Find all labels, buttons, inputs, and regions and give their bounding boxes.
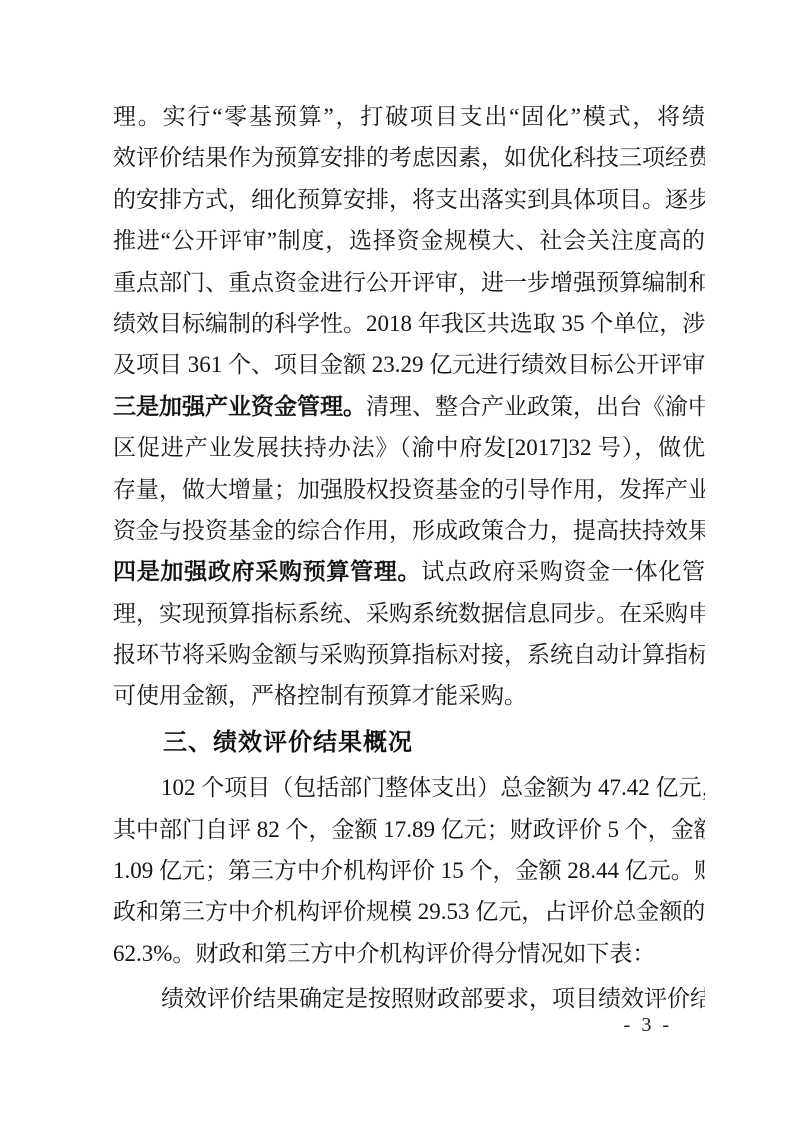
text-segment: 及项目 361 个、项目金额 23.29 亿元进行绩效目标公开评审。 bbox=[113, 352, 705, 377]
bold-text-segment: 四是加强政府采购预算管理。 bbox=[113, 559, 421, 584]
text-segment: 1.09 亿元；第三方中介机构评价 15 个，金额 28.44 亿元。财 bbox=[113, 858, 705, 883]
text-line: 绩效目标编制的科学性。2018 年我区共选取 35 个单位，涉 bbox=[113, 303, 705, 344]
text-line: 存量，做大增量；加强股权投资基金的引导作用，发挥产业 bbox=[113, 469, 705, 510]
text-line: 62.3%。财政和第三方中介机构评价得分情况如下表： bbox=[113, 933, 705, 974]
text-line: 102 个项目（包括部门整体支出）总金额为 47.42 亿元， bbox=[113, 767, 705, 808]
text-line: 及项目 361 个、项目金额 23.29 亿元进行绩效目标公开评审。 bbox=[113, 344, 705, 385]
paragraph-3: 绩效评价结果确定是按照财政部要求，项目绩效评价结 bbox=[113, 978, 705, 1019]
paragraph-2: 102 个项目（包括部门整体支出）总金额为 47.42 亿元， 其中部门自评 8… bbox=[113, 767, 705, 974]
text-segment: 绩效评价结果确定是按照财政部要求，项目绩效评价结 bbox=[161, 986, 705, 1011]
text-line: 区促进产业发展扶持办法》（渝中府发[2017]32 号），做优 bbox=[113, 427, 705, 468]
text-segment: 绩效目标编制的科学性。2018 年我区共选取 35 个单位，涉 bbox=[113, 311, 705, 336]
text-line: 的安排方式，细化预算安排，将支出落实到具体项目。逐步 bbox=[113, 179, 705, 220]
text-segment: 62.3%。财政和第三方中介机构评价得分情况如下表： bbox=[113, 941, 655, 966]
text-line: 效评价结果作为预算安排的考虑因素，如优化科技三项经费 bbox=[113, 137, 705, 178]
text-line: 其中部门自评 82 个，金额 17.89 亿元；财政评价 5 个，金额 bbox=[113, 809, 705, 850]
text-line: 可使用金额，严格控制有预算才能采购。 bbox=[113, 675, 705, 716]
text-line: 重点部门、重点资金进行公开评审，进一步增强预算编制和 bbox=[113, 262, 705, 303]
text-segment: 清理、整合产业政策，出台《渝中 bbox=[366, 394, 705, 419]
text-segment: 其中部门自评 82 个，金额 17.89 亿元；财政评价 5 个，金额 bbox=[113, 817, 705, 842]
text-line: 四是加强政府采购预算管理。试点政府采购资金一体化管 bbox=[113, 551, 705, 592]
text-segment: 区促进产业发展扶持办法》（渝中府发[2017]32 号），做优 bbox=[113, 435, 705, 460]
text-segment: 报环节将采购金额与采购预算指标对接，系统自动计算指标 bbox=[113, 642, 705, 667]
text-segment: 存量，做大增量；加强股权投资基金的引导作用，发挥产业 bbox=[113, 477, 705, 502]
text-segment: 重点部门、重点资金进行公开评审，进一步增强预算编制和 bbox=[113, 270, 705, 295]
text-line: 推进“公开评审”制度，选择资金规模大、社会关注度高的 bbox=[113, 220, 705, 261]
text-line: 理，实现预算指标系统、采购系统数据信息同步。在采购申 bbox=[113, 593, 705, 634]
bold-text-segment: 三是加强产业资金管理。 bbox=[113, 394, 366, 419]
text-line: 政和第三方中介机构评价规模 29.53 亿元，占评价总金额的 bbox=[113, 891, 705, 932]
text-segment: 102 个项目（包括部门整体支出）总金额为 47.42 亿元， bbox=[161, 775, 705, 800]
text-segment: 效评价结果作为预算安排的考虑因素，如优化科技三项经费 bbox=[113, 145, 705, 170]
body-text: 理。实行“零基预算”，打破项目支出“固化”模式，将绩 效评价结果作为预算安排的考… bbox=[113, 96, 705, 1020]
document-page: 理。实行“零基预算”，打破项目支出“固化”模式，将绩 效评价结果作为预算安排的考… bbox=[0, 0, 793, 1122]
text-segment: 的安排方式，细化预算安排，将支出落实到具体项目。逐步 bbox=[113, 187, 705, 212]
paragraph-1: 理。实行“零基预算”，打破项目支出“固化”模式，将绩 效评价结果作为预算安排的考… bbox=[113, 96, 705, 717]
text-line: 三是加强产业资金管理。清理、整合产业政策，出台《渝中 bbox=[113, 386, 705, 427]
page-number: - 3 - bbox=[624, 1014, 672, 1037]
text-segment: 政和第三方中介机构评价规模 29.53 亿元，占评价总金额的 bbox=[113, 899, 705, 924]
text-line: 绩效评价结果确定是按照财政部要求，项目绩效评价结 bbox=[113, 978, 705, 1019]
text-segment: 理。实行“零基预算”，打破项目支出“固化”模式，将绩 bbox=[113, 104, 705, 129]
text-segment: 推进“公开评审”制度，选择资金规模大、社会关注度高的 bbox=[113, 228, 705, 253]
text-line: 报环节将采购金额与采购预算指标对接，系统自动计算指标 bbox=[113, 634, 705, 675]
text-line: 资金与投资基金的综合作用，形成政策合力，提高扶持效果。 bbox=[113, 510, 705, 551]
text-segment: 试点政府采购资金一体化管 bbox=[421, 559, 705, 584]
text-segment: 理，实现预算指标系统、采购系统数据信息同步。在采购申 bbox=[113, 601, 705, 626]
text-segment: 可使用金额，严格控制有预算才能采购。 bbox=[113, 683, 527, 708]
text-line: 理。实行“零基预算”，打破项目支出“固化”模式，将绩 bbox=[113, 96, 705, 137]
text-segment: 资金与投资基金的综合作用，形成政策合力，提高扶持效果。 bbox=[113, 518, 705, 543]
text-line: 1.09 亿元；第三方中介机构评价 15 个，金额 28.44 亿元。财 bbox=[113, 850, 705, 891]
section-heading: 三、绩效评价结果概况 bbox=[113, 722, 705, 763]
